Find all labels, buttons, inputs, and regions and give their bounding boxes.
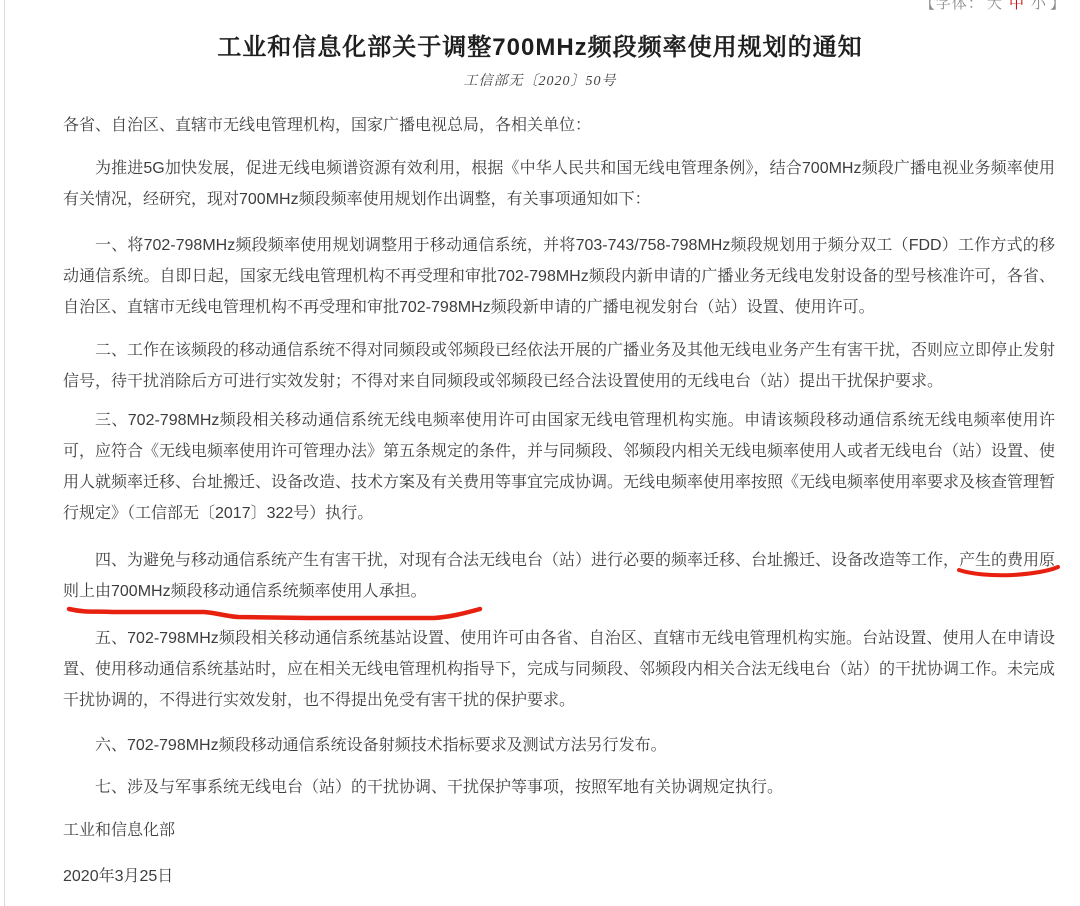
paragraph-item-1: 一、将702-798MHz频段频率使用规划调整用于移动通信系统，并将703-74… [63, 230, 1055, 323]
document-header: 工业和信息化部关于调整700MHz频段频率使用规划的通知 工信部无〔2020〕5… [0, 32, 1080, 91]
font-bar-label: 字体： [936, 0, 984, 12]
paragraph-item-4: 四、为避免与移动通信系统产生有害干扰，对现有合法无线电台（站）进行必要的频率迁移… [63, 545, 1055, 607]
font-size-large-button[interactable]: 大 [987, 0, 1003, 12]
salutation-line: 各省、自治区、直辖市无线电管理机构，国家广播电视总局，各相关单位： [63, 110, 1055, 141]
document-number: 工信部无〔2020〕50号 [0, 73, 1080, 91]
paragraph-item-2: 二、工作在该频段的移动通信系统不得对同频段或邻频段已经依法开展的广播业务及其他无… [63, 335, 1055, 397]
signature-issuer: 工业和信息化部 [63, 815, 1042, 846]
document-body: 各省、自治区、直辖市无线电管理机构，国家广播电视总局，各相关单位： 为推进5G加… [0, 110, 1080, 892]
paragraph-item-6: 六、702-798MHz频段移动通信系统设备射频技术指标要求及测试方法另行发布。 [63, 730, 1055, 761]
signature-date: 2020年3月25日 [63, 861, 1042, 892]
page-title: 工业和信息化部关于调整700MHz频段频率使用规划的通知 [0, 32, 1080, 64]
font-bar-open-bracket: 【 [920, 0, 936, 12]
notice-page: 【字体：大中小】 工业和信息化部关于调整700MHz频段频率使用规划的通知 工信… [0, 0, 1080, 906]
signature-block: 工业和信息化部 2020年3月25日 [63, 815, 1055, 892]
font-size-small-button[interactable]: 小 [1031, 0, 1047, 12]
font-bar-close-bracket: 】 [1050, 0, 1066, 12]
font-size-medium-button[interactable]: 中 [1009, 0, 1025, 12]
font-size-selector: 【字体：大中小】 [920, 0, 1066, 13]
paragraph-item-5: 五、702-798MHz频段相关移动通信系统基站设置、使用许可由各省、自治区、直… [63, 623, 1055, 716]
paragraph-lead: 为推进5G加快发展，促进无线电频谱资源有效利用，根据《中华人民共和国无线电管理条… [63, 153, 1055, 215]
paragraph-item-3: 三、702-798MHz频段相关移动通信系统无线电频率使用许可由国家无线电管理机… [63, 405, 1055, 529]
paragraph-item-7: 七、涉及与军事系统无线电台（站）的干扰协调、干扰保护等事项，按照军地有关协调规定… [63, 772, 1055, 803]
